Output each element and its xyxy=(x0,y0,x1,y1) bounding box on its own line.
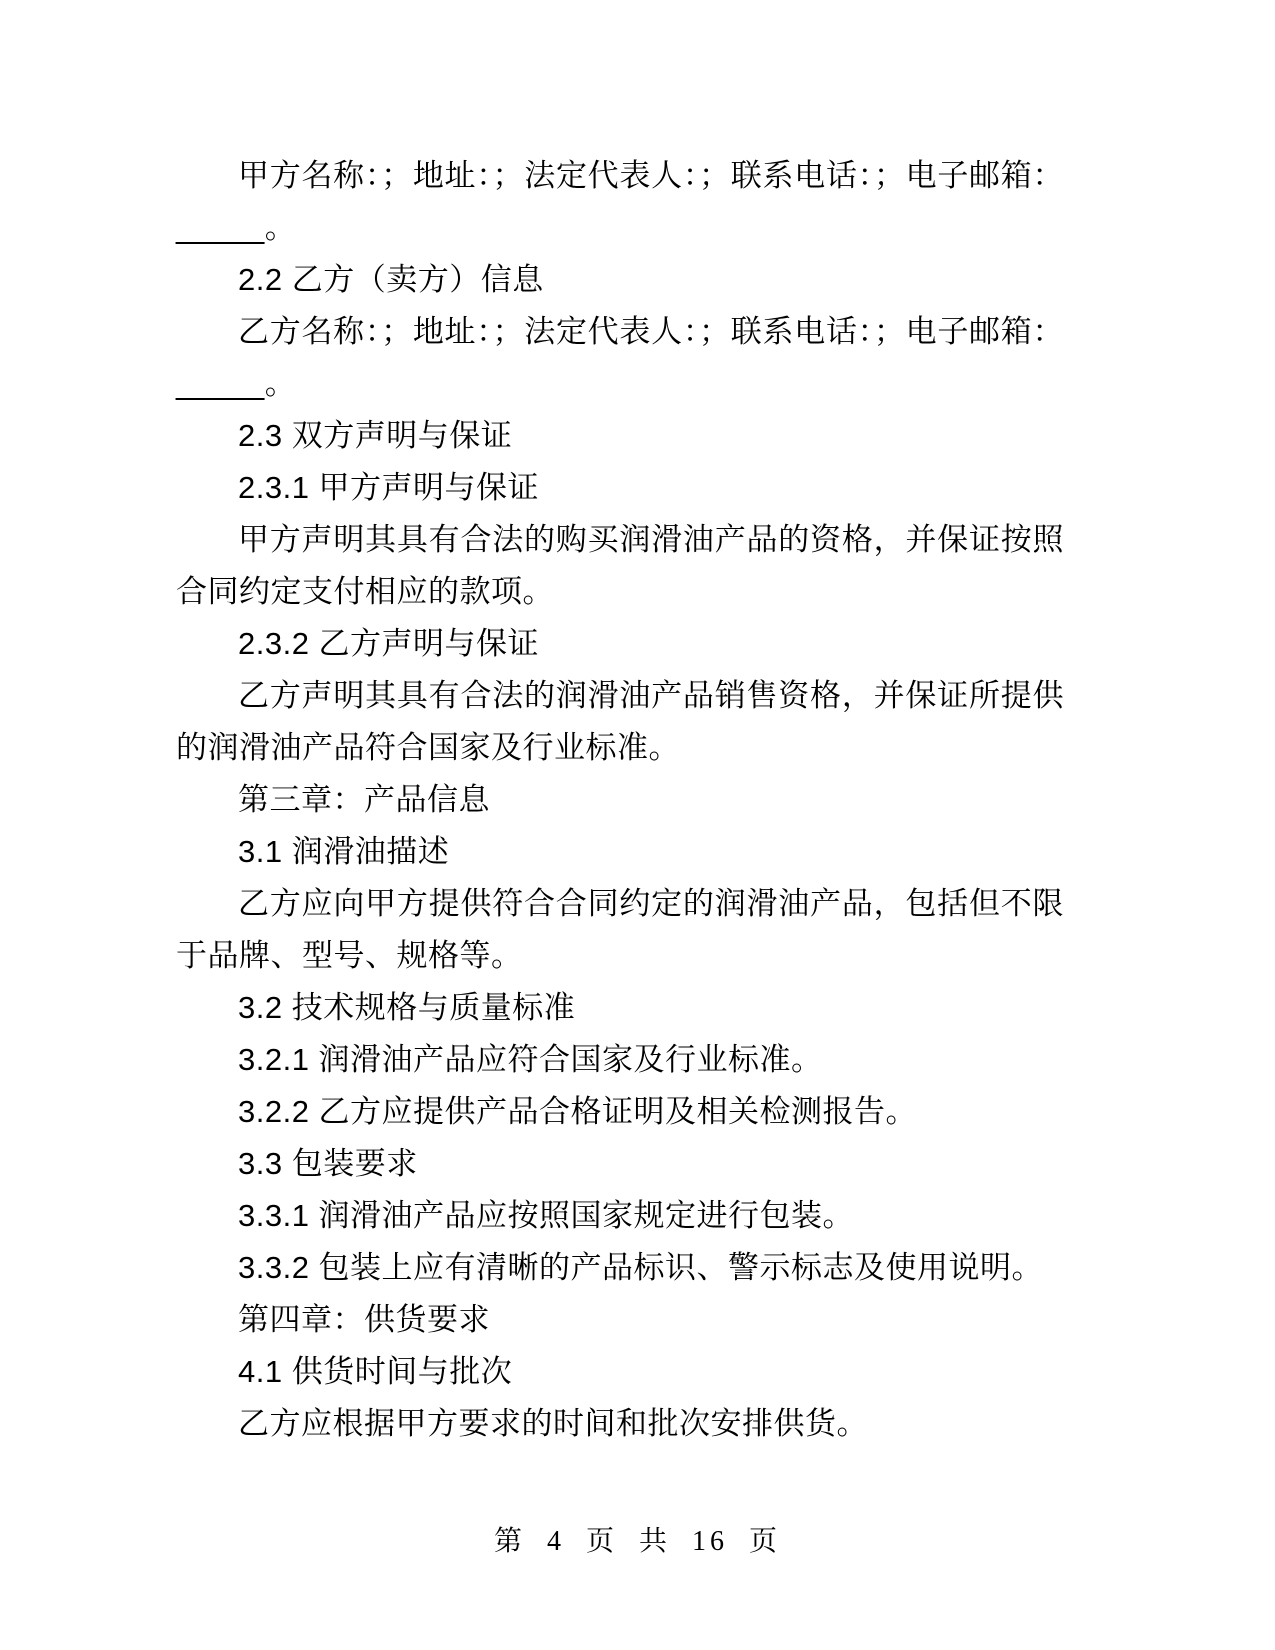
para-3-3-1-packaging-rules: 3.3.1 润滑油产品应按照国家规定进行包装。 xyxy=(176,1190,1064,1242)
para-party-b-declaration: 乙方声明其具有合法的润滑油产品销售资格，并保证所提供的润滑油产品符合国家及行业标… xyxy=(176,670,1064,774)
heading-4-1-supply-time-batches: 4.1 供货时间与批次 xyxy=(176,1346,1064,1398)
contract-document-page: 甲方名称：；地址：；法定代表人：；联系电话：；电子邮箱：_____。 2.2 乙… xyxy=(0,0,1275,1650)
heading-chapter-4-supply-requirements: 第四章：供货要求 xyxy=(176,1294,1064,1346)
para-party-a-details: 甲方名称：；地址：；法定代表人：；联系电话：；电子邮箱：_____。 xyxy=(176,150,1064,254)
para-3-3-2-labeling: 3.3.2 包装上应有清晰的产品标识、警示标志及使用说明。 xyxy=(176,1242,1064,1294)
heading-2-3-2-party-b-declaration: 2.3.2 乙方声明与保证 xyxy=(176,618,1064,670)
para-party-b-details: 乙方名称：；地址：；法定代表人：；联系电话：；电子邮箱：_____。 xyxy=(176,306,1064,410)
heading-chapter-3-product-info: 第三章：产品信息 xyxy=(176,774,1064,826)
para-3-2-2-certificates: 3.2.2 乙方应提供产品合格证明及相关检测报告。 xyxy=(176,1086,1064,1138)
para-3-2-1-standards: 3.2.1 润滑油产品应符合国家及行业标准。 xyxy=(176,1034,1064,1086)
heading-3-2-specs-quality: 3.2 技术规格与质量标准 xyxy=(176,982,1064,1034)
para-party-a-declaration: 甲方声明其具有合法的购买润滑油产品的资格，并保证按照合同约定支付相应的款项。 xyxy=(176,514,1064,618)
heading-3-3-packaging: 3.3 包装要求 xyxy=(176,1138,1064,1190)
heading-2-3-1-party-a-declaration: 2.3.1 甲方声明与保证 xyxy=(176,462,1064,514)
para-supply-arrangement: 乙方应根据甲方要求的时间和批次安排供货。 xyxy=(176,1398,1064,1450)
page-footer: 第 4 页 共 16 页 xyxy=(0,1522,1275,1562)
document-body: 甲方名称：；地址：；法定代表人：；联系电话：；电子邮箱：_____。 2.2 乙… xyxy=(176,150,1064,1450)
heading-2-2-party-b-info: 2.2 乙方（卖方）信息 xyxy=(176,254,1064,306)
para-lubricant-description: 乙方应向甲方提供符合合同约定的润滑油产品，包括但不限于品牌、型号、规格等。 xyxy=(176,878,1064,982)
heading-2-3-declarations: 2.3 双方声明与保证 xyxy=(176,410,1064,462)
heading-3-1-lubricant-description: 3.1 润滑油描述 xyxy=(176,826,1064,878)
